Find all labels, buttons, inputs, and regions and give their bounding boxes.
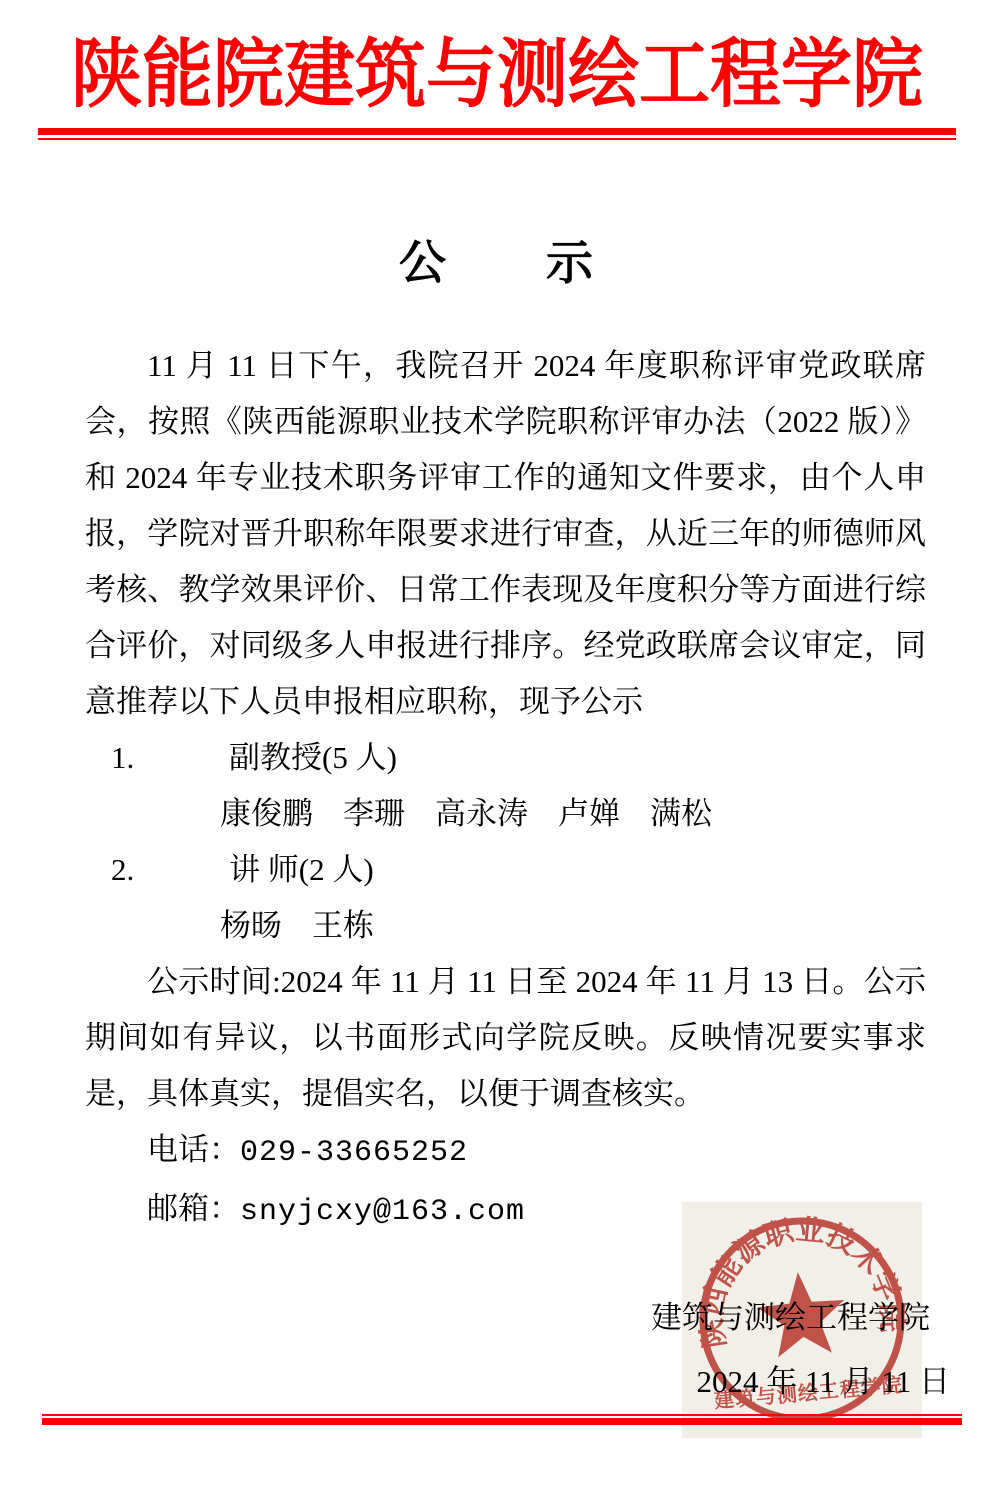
notice-body: 11 月 11 日下午，我院召开 2024 年度职称评审党政联席会，按照《陕西能…	[85, 338, 926, 1240]
rule-thin-top	[38, 138, 956, 140]
list-item-2-number: 2.	[111, 842, 229, 898]
candidate-name: 李珊	[343, 796, 405, 831]
candidate-name: 康俊鹏	[220, 796, 313, 831]
masthead-title: 陕能院建筑与测绘工程学院	[38, 26, 956, 127]
list-item-2-names: 杨旸王栋	[85, 898, 926, 954]
list-item-1-names: 康俊鹏李珊高永涛卢婵满松	[85, 786, 926, 842]
list-item-2-label: 讲 师(2 人)	[229, 852, 374, 887]
list-item-1-number: 1.	[111, 730, 229, 786]
letterhead: 陕能院建筑与测绘工程学院	[0, 26, 994, 140]
period-paragraph: 公示时间:2024 年 11 月 11 日至 2024 年 11 月 13 日。…	[85, 954, 926, 1122]
candidate-name: 杨旸	[220, 908, 282, 943]
rule-thin-bottom	[42, 1414, 962, 1416]
email-label: 邮箱：	[147, 1191, 240, 1226]
footer-rules	[42, 1414, 962, 1425]
rule-thick-top	[38, 128, 956, 135]
candidate-name: 满松	[650, 796, 712, 831]
list-item-2-heading: 2.讲 师(2 人)	[85, 842, 926, 898]
list-item-1-heading: 1.副教授(5 人)	[85, 730, 926, 786]
letterhead-rules	[38, 128, 956, 140]
candidate-name: 卢婵	[558, 796, 620, 831]
email-address: snyjcxy@163.com	[240, 1195, 525, 1229]
candidate-name: 王栋	[312, 908, 374, 943]
signature-block: 建筑与测绘工程学院 2024 年 11 月 11 日	[0, 1286, 994, 1414]
public-notice-document: { "header": { "masthead": "陕能院建筑与测绘工程学院"…	[0, 0, 994, 1491]
signature-department: 建筑与测绘工程学院	[0, 1286, 994, 1350]
signature-date: 2024 年 11 月 11 日	[0, 1350, 994, 1414]
list-item-1-label: 副教授(5 人)	[229, 740, 397, 775]
notice-title: 公 示	[0, 226, 994, 293]
rule-thick-bottom	[42, 1418, 962, 1425]
email-line: 邮箱：snyjcxy@163.com	[85, 1181, 926, 1240]
candidate-name: 高永涛	[435, 796, 528, 831]
phone-number: 029-33665252	[240, 1136, 468, 1170]
phone-label: 电话：	[147, 1132, 240, 1167]
phone-line: 电话：029-33665252	[85, 1122, 926, 1181]
intro-paragraph: 11 月 11 日下午，我院召开 2024 年度职称评审党政联席会，按照《陕西能…	[85, 338, 926, 730]
